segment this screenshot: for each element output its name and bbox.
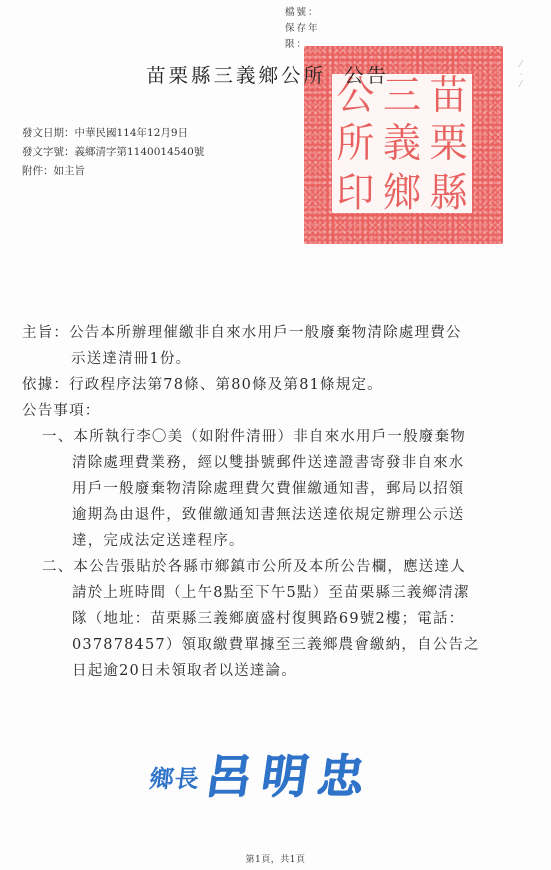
items-section: 公告事項： 一、本所執行李〇美（如附件清冊）非自來水用戶一般廢棄物 清除處理費業… (22, 398, 542, 684)
seal-column-3: 公 所 印 (336, 71, 374, 217)
item-line: 用戶一般廢棄物清除處理費欠費催繳通知書，郵局以招領 (22, 476, 542, 502)
attachment: 如主旨 (54, 165, 86, 177)
item-line: 清除處理費業務，經以雙掛號郵件送達證書寄發非自來水 (22, 450, 542, 476)
item-text: 本所執行李〇美（如附件清冊）非自來水用戶一般廢棄物 (73, 429, 466, 445)
signatory-title: 鄉長 (148, 759, 202, 794)
seal-char: 栗 (430, 124, 468, 164)
issue-date-row: 發文日期：中華民國114年12月9日 (22, 124, 204, 143)
attachment-label: 附件： (22, 165, 54, 177)
seal-column-1: 苗 栗 縣 (430, 71, 468, 217)
doc-number-label: 發文字號： (22, 146, 75, 158)
basis-label: 依據： (22, 377, 69, 393)
doc-number-row: 發文字號：義鄉清字第1140014540號 (22, 143, 204, 162)
seal-char: 義 (383, 124, 421, 164)
items-label: 公告事項： (22, 398, 542, 424)
basis-text: 行政程序法第78條、第80條及第81條規定。 (69, 377, 383, 393)
item-line: 請於上班時間（上午8點至下午5點）至苗栗縣三義鄉清潔 (22, 580, 542, 606)
document-title: 苗栗縣三義鄉公所公告 (146, 60, 389, 88)
item-text: 本公告張貼於各縣市鄉鎮市公所及本所公告欄，應送達人 (73, 559, 466, 575)
basis-line: 依據：行政程序法第78條、第80條及第81條規定。 (22, 372, 542, 398)
document-page: 檔號： 保存年限： 苗 栗 縣 三 義 鄉 公 所 印 (0, 0, 551, 870)
issue-date: 中華民國114年12月9日 (75, 127, 189, 139)
item-marker: 一、 (42, 429, 73, 445)
scan-marks: ⁄·⁄ (520, 60, 540, 120)
mayor-signature-stamp: 鄉長 呂明忠 (150, 740, 374, 806)
seal-char: 所 (336, 124, 374, 164)
item-line: 一、本所執行李〇美（如附件清冊）非自來水用戶一般廢棄物 (22, 424, 542, 450)
issue-date-label: 發文日期： (22, 127, 75, 139)
item-line: 隊（地址：苗栗縣三義鄉廣盛村復興路69號2樓；電話： (22, 606, 542, 632)
attachment-row: 附件：如主旨 (22, 162, 204, 181)
signatory-name: 呂明忠 (201, 740, 378, 806)
item-line: 日起逾20日未領取者以送達論。 (22, 658, 542, 684)
subject-text: 公告本所辦理催繳非自來水用戶一般廢棄物清除處理費公 (69, 325, 462, 341)
subject-line: 主旨：公告本所辦理催繳非自來水用戶一般廢棄物清除處理費公 (22, 320, 542, 346)
doc-number: 義鄉清字第1140014540號 (75, 146, 205, 158)
basis-section: 依據：行政程序法第78條、第80條及第81條規定。 (22, 372, 542, 398)
document-body: 主旨：公告本所辦理催繳非自來水用戶一般廢棄物清除處理費公 示送達清冊1份。 依據… (22, 320, 542, 684)
seal-column-2: 三 義 鄉 (383, 71, 421, 217)
item-line: 逾期為由退件，致催繳通知書無法送達依規定辦理公示送 (22, 502, 542, 528)
page-footer: 第1頁，共1頁 (0, 852, 551, 865)
item-line: 二、本公告張貼於各縣市鄉鎮市公所及本所公告欄，應送達人 (22, 554, 542, 580)
seal-char: 鄉 (383, 172, 421, 212)
subject-section: 主旨：公告本所辦理催繳非自來水用戶一般廢棄物清除處理費公 示送達清冊1份。 (22, 320, 542, 372)
subject-line: 示送達清冊1份。 (22, 346, 542, 372)
announcement-item-1: 一、本所執行李〇美（如附件清冊）非自來水用戶一般廢棄物 清除處理費業務，經以雙掛… (22, 424, 542, 554)
item-line: 達，完成法定送達程序。 (22, 528, 542, 554)
item-line: 037878457）領取繳費單據至三義鄉農會繳納，自公告之 (22, 632, 542, 658)
document-type: 公告 (344, 64, 389, 87)
item-marker: 二、 (42, 559, 73, 575)
file-number-label: 檔號： (285, 5, 337, 21)
document-meta: 發文日期：中華民國114年12月9日 發文字號：義鄉清字第1140014540號… (22, 124, 204, 181)
seal-char: 印 (336, 172, 374, 212)
file-number-row: 檔號： (285, 5, 337, 21)
agency-name: 苗栗縣三義鄉公所 (146, 64, 326, 87)
announcement-item-2: 二、本公告張貼於各縣市鄉鎮市公所及本所公告欄，應送達人 請於上班時間（上午8點至… (22, 554, 542, 684)
seal-char: 縣 (430, 172, 468, 212)
seal-inner: 苗 栗 縣 三 義 鄉 公 所 印 (332, 74, 472, 213)
seal-char: 苗 (430, 75, 468, 115)
subject-label: 主旨： (22, 325, 69, 341)
